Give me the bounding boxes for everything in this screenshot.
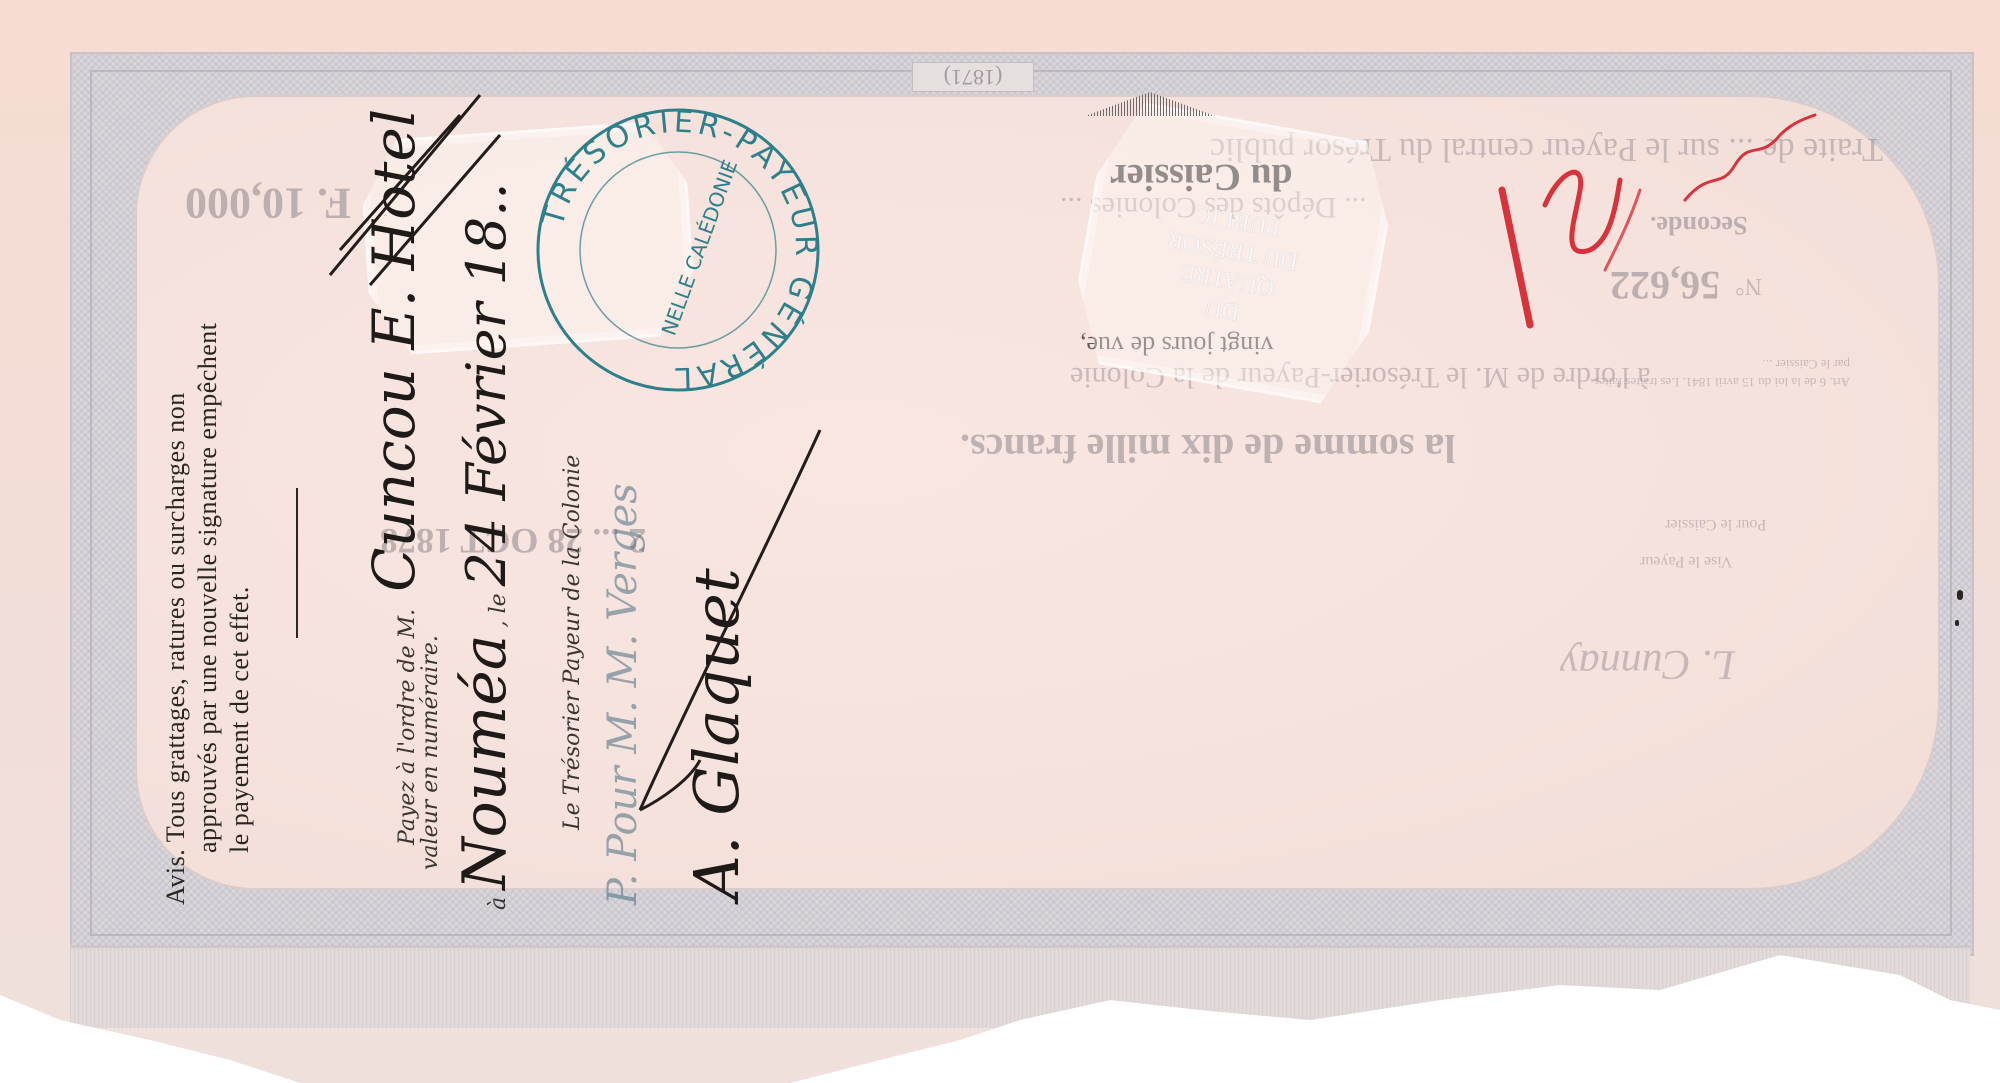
- notice-text: Avis. Tous grattages, ratures ou surchar…: [160, 322, 256, 905]
- date-prefix: , le: [486, 593, 511, 627]
- ink-speck: [1957, 590, 1963, 600]
- rule-mark: [296, 488, 298, 638]
- notice-line-3: le payement de cet effet.: [224, 322, 256, 905]
- stamp-outer-text: TRÉSORIER-PAYEUR GÉNÉRAL: [535, 105, 823, 396]
- place-handwritten: Nouméa: [450, 634, 520, 889]
- bleed-seconde: Seconde.: [1650, 210, 1748, 240]
- document-sheet: (1871) Traite de ... sur le Payeur centr…: [0, 0, 2000, 1083]
- red-annotation: [1490, 150, 1650, 330]
- year-cartouche: (1871): [912, 62, 1034, 92]
- bleed-footer-1: Pour le Caissier: [1665, 515, 1766, 533]
- bleed-sum-line: la somme de dix mille francs.: [960, 425, 1456, 472]
- bleed-signature: L. Cunnay: [1560, 640, 1735, 688]
- signature-flourish: [620, 420, 840, 820]
- signature-strokes-top: [310, 75, 510, 295]
- ink-speck: [1955, 620, 1959, 626]
- red-annotation-tail: [1680, 110, 1820, 210]
- treasury-stamp: TRÉSORIER-PAYEUR GÉNÉRAL NELLE CALÉDONIE: [528, 100, 828, 400]
- endorsement-line-2: valeur en numéraire.: [418, 635, 443, 870]
- bottom-border-band: [70, 945, 1970, 1028]
- bleed-number-label: N°: [1735, 272, 1762, 299]
- endorsement-line-4: Le Trésorier Payeur de la Colonie: [560, 455, 585, 830]
- bleed-small-print: Art. 6 de la loi du 15 avril 1841. Les t…: [1590, 355, 1850, 391]
- bleed-footer-2: Vise le Payeur: [1640, 552, 1732, 570]
- stamp-inner-text: NELLE CALÉDONIE: [657, 157, 743, 339]
- notice-line-2: approuvés par une nouvelle signature emp…: [192, 322, 224, 905]
- pay-order-label: Payez à l'ordre de M.: [395, 609, 420, 845]
- notice-line-1: Avis. Tous grattages, ratures ou surchar…: [160, 322, 192, 905]
- place-prefix: à: [486, 897, 511, 910]
